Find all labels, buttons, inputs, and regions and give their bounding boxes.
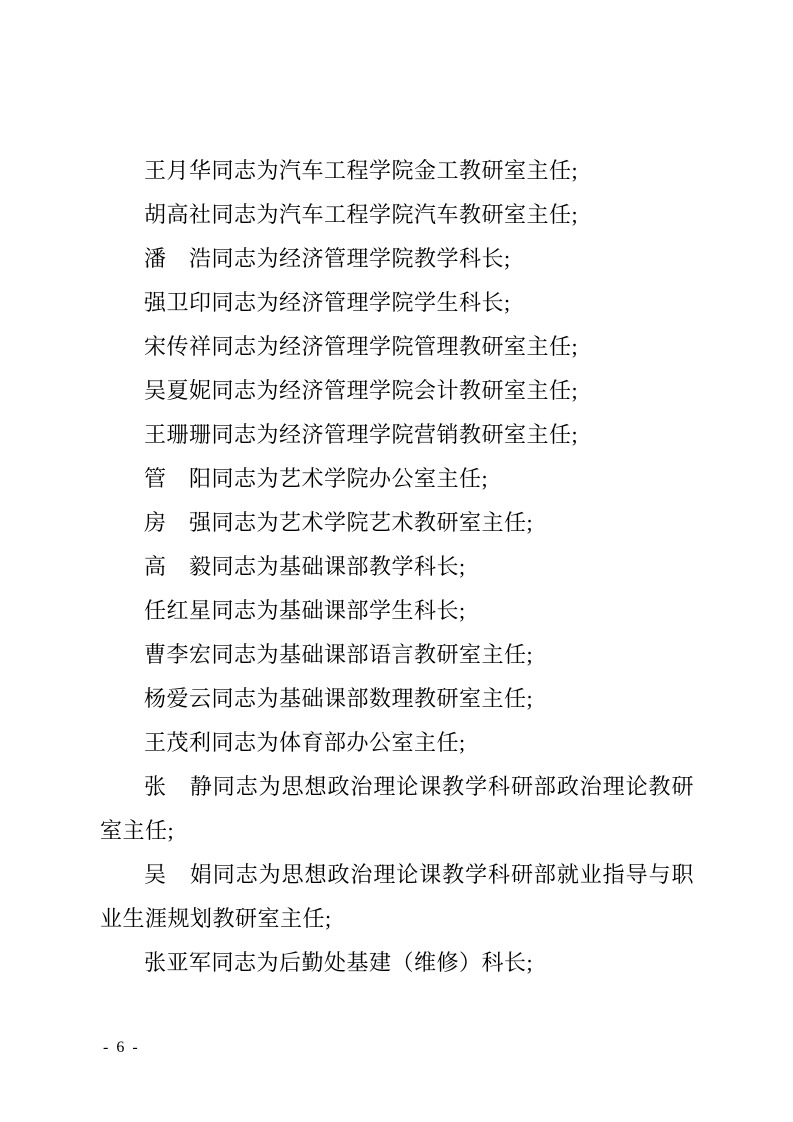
document-page: 王月华同志为汽车工程学院金工教研室主任; 胡高社同志为汽车工程学院汽车教研室主任… [0,0,793,1122]
appointment-line: 管 阳同志为艺术学院办公室主任; [100,457,694,501]
appointment-line: 王月华同志为汽车工程学院金工教研室主任; [100,149,694,193]
appointment-line: 胡高社同志为汽车工程学院汽车教研室主任; [100,193,694,237]
appointment-line: 杨爱云同志为基础课部数理教研室主任; [100,677,694,721]
appointment-line: 王珊珊同志为经济管理学院营销教研室主任; [100,413,694,457]
page-footer: - 6 - [103,1036,140,1060]
appointment-line: 吴夏妮同志为经济管理学院会计教研室主任; [100,369,694,413]
appointment-line: 吴 娟同志为思想政治理论课教学科研部就业指导与职业生涯规划教研室主任; [100,853,694,941]
appointment-line: 强卫印同志为经济管理学院学生科长; [100,281,694,325]
document-body: 王月华同志为汽车工程学院金工教研室主任; 胡高社同志为汽车工程学院汽车教研室主任… [100,149,694,985]
appointment-line: 曹李宏同志为基础课部语言教研室主任; [100,633,694,677]
appointment-line: 王茂利同志为体育部办公室主任; [100,721,694,765]
appointment-line: 潘 浩同志为经济管理学院教学科长; [100,237,694,281]
page-number: - 6 - [103,1039,140,1056]
appointment-line: 任红星同志为基础课部学生科长; [100,589,694,633]
appointment-line: 房 强同志为艺术学院艺术教研室主任; [100,501,694,545]
appointment-line: 张 静同志为思想政治理论课教学科研部政治理论教研室主任; [100,765,694,853]
appointment-line: 宋传祥同志为经济管理学院管理教研室主任; [100,325,694,369]
appointment-line: 张亚军同志为后勤处基建（维修）科长; [100,941,694,985]
appointment-line: 高 毅同志为基础课部教学科长; [100,545,694,589]
